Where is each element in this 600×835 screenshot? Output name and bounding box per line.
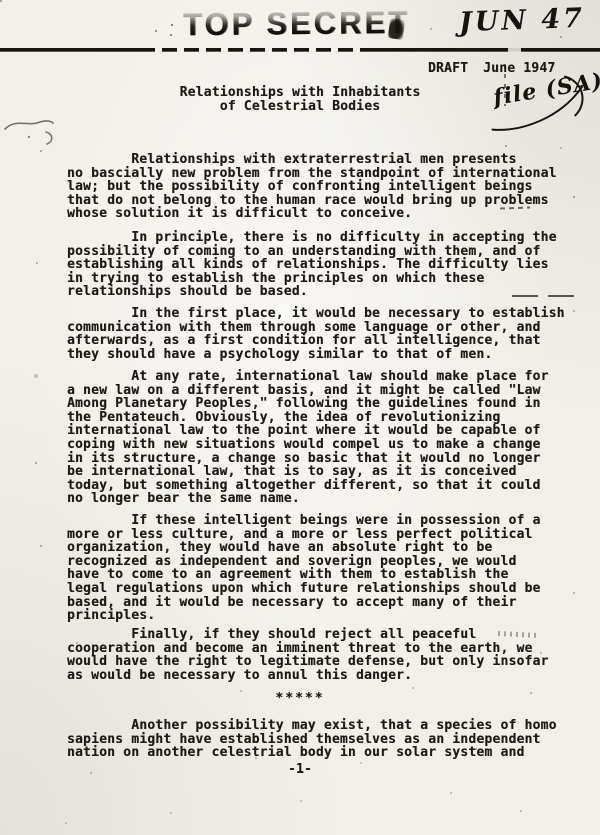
paragraph-5: If these intelligent beings were in poss… <box>67 514 541 623</box>
draft-line: DRAFTJune 1947 <box>428 62 555 76</box>
document-page: TOP SECRET JUN 47 DRAFTJune 1947 Relatio… <box>0 0 600 835</box>
page-number: -1- <box>0 763 600 777</box>
ink-blob <box>388 18 406 40</box>
header-rule <box>0 48 600 52</box>
paragraph-1: Relationships with extraterrestrial men … <box>67 153 557 221</box>
paragraph-7: Another possibility may exist, that a sp… <box>67 719 557 760</box>
handwritten-date: JUN 47 <box>458 3 585 38</box>
asterisk-separator: ***** <box>0 692 600 706</box>
paragraph-3: In the first place, it would be necessar… <box>67 307 565 361</box>
noise-specks <box>0 0 2 2</box>
paragraph-6: Finally, if they should reject all peace… <box>67 628 549 682</box>
ink-smudge <box>512 295 574 297</box>
draft-label: DRAFT <box>428 61 468 76</box>
top-secret-stamp: TOP SECRET <box>183 4 410 43</box>
pen-scribble-icon <box>2 112 72 150</box>
paragraph-2: In principle, there is no difficulty in … <box>67 231 557 299</box>
paragraph-4: At any rate, international law should ma… <box>67 370 549 506</box>
handwritten-note: file (SA) <box>479 68 598 141</box>
